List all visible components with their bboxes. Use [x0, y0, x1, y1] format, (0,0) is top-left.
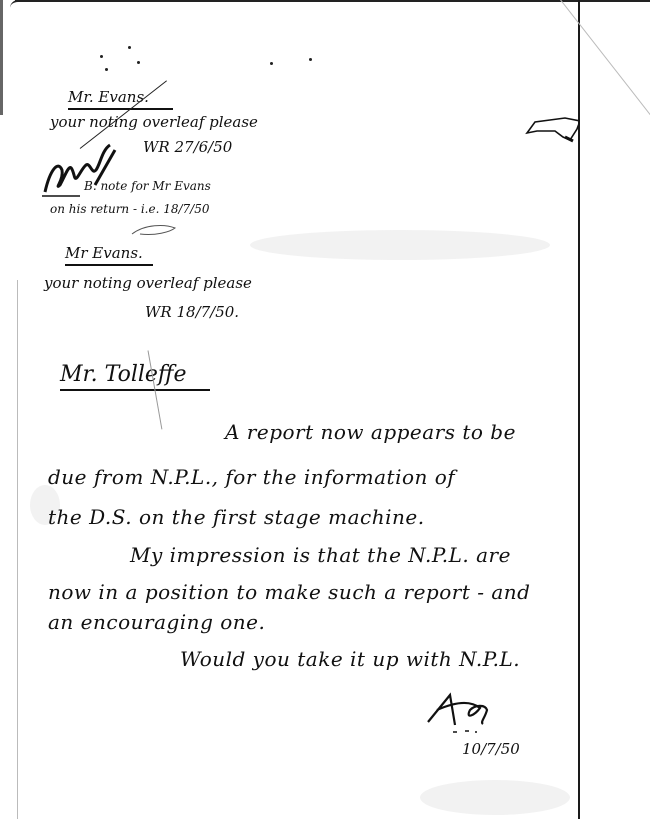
scanned-page: Mr. Evans. your noting overleaf please W…	[0, 0, 650, 819]
memo-line-7: Would you take it up with N.P.L.	[180, 647, 520, 671]
minute-1-request: your noting overleaf please	[50, 113, 258, 131]
minute-1-addressee: Mr. Evans.	[68, 88, 173, 110]
memo-line-4: My impression is that the N.P.L. are	[130, 543, 511, 567]
scan-speck	[105, 68, 108, 71]
memo-line-2: due from N.P.L., for the information of	[48, 465, 455, 489]
scan-speck	[128, 46, 131, 49]
memo-line-3: the D.S. on the first stage machine.	[48, 505, 425, 529]
minute-3-addressee: Mr Evans.	[65, 244, 153, 266]
scan-speck	[137, 61, 140, 64]
scan-speck	[100, 55, 103, 58]
memo-date: 10/7/50	[462, 740, 520, 758]
memo-line-1: A report now appears to be	[225, 420, 516, 444]
scan-smudge	[420, 780, 570, 815]
flourish-mark-icon	[130, 222, 180, 238]
scan-speck	[309, 58, 312, 61]
scan-top-edge	[15, 0, 650, 2]
minute-3-initials-date: WR 18/7/50.	[145, 303, 239, 321]
memo-line-5: now in a position to make such a report …	[48, 580, 530, 604]
paperclip-mark-icon	[525, 115, 580, 143]
minute-3-request: your noting overleaf please	[44, 274, 252, 292]
minute-2-note-continued: on his return - i.e. 18/7/50	[50, 202, 210, 216]
scan-speck	[270, 62, 273, 65]
scan-smudge	[250, 230, 550, 260]
minute-1-initials-date: WR 27/6/50	[143, 138, 232, 156]
scan-diagonal-mark	[560, 0, 650, 126]
memo-signature-icon	[425, 690, 505, 735]
minute-2-note: B. note for Mr Evans	[84, 179, 211, 193]
main-memo-addressee: Mr. Tolleffe	[60, 362, 210, 391]
memo-line-6: an encouraging one.	[48, 610, 265, 634]
scan-left-faint-edge	[17, 280, 18, 819]
